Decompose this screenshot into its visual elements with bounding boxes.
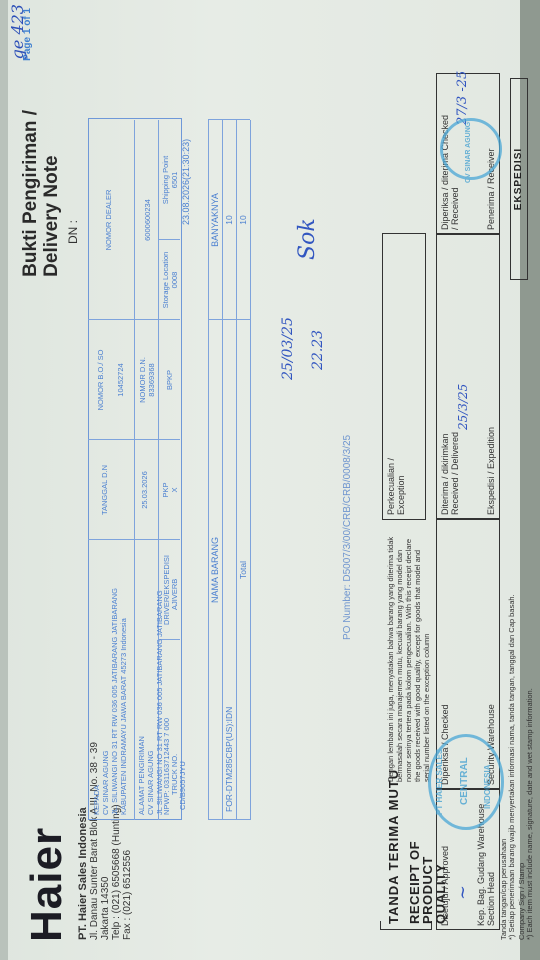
receipt-title-id: TANDA TERIMA MUTU <box>386 769 401 924</box>
bpkp-label: BPKP <box>165 330 174 430</box>
pkp-label: PKP <box>161 455 170 525</box>
receipt-statement: Dengan lembaran ini juga, menyatakan bah… <box>386 532 431 782</box>
company-phone: Telp : (021) 6505668 (Hunting) <box>111 804 122 940</box>
receiver-date: 27/3 -25 <box>455 71 470 125</box>
company-name: PT. Haier Sales Indonesia <box>77 807 89 940</box>
nomor-dn-value: 83369368 <box>147 330 156 430</box>
tanggal-value: 25.03.2026 <box>140 455 149 525</box>
items-header-qty: BANYAKNYA <box>211 120 220 320</box>
print-date: 23.08.2026(21:30:23) <box>182 139 191 225</box>
nomor-so-label: NOMOR B.O./ SO <box>96 330 105 430</box>
nomor-dealer-value: 6000600234 <box>143 130 152 310</box>
pkp-value: X <box>170 455 179 525</box>
storage-value: 0008 <box>170 245 179 315</box>
delivered-date: 25/3/25 <box>456 384 470 430</box>
handwritten-signature: Sok <box>295 218 320 260</box>
company-city: Jakarta 14350 <box>100 877 111 940</box>
approved-signature: ~ <box>452 885 473 900</box>
po-number: PO Number: D5007/3/00/CRB/CRB/0008/3/25 <box>342 435 353 640</box>
title-line-2: Delivery Note <box>41 110 62 277</box>
shipping-value: 6501 <box>170 125 179 235</box>
dn-label: DN : <box>66 220 80 244</box>
nomor-dealer-label: NOMOR DEALER <box>104 130 113 310</box>
delivered-role: Ekspedisi / Expedition <box>486 427 496 515</box>
footnote-2: *) Setiap penerimaan barang wajib menyer… <box>508 594 517 940</box>
approved-label: Disetujui / Approved <box>440 846 450 926</box>
item-name: FOR-DTM285CBP(US):IDN <box>225 707 234 812</box>
alamat-block: ALAMAT PENGIRIMAN CV SINAR AGUNG JL SILI… <box>137 590 164 815</box>
copy-label: EKSPEDISI <box>510 78 528 280</box>
delivery-note-document: Haier PT. Haier Sales Indonesia Jl. Dana… <box>0 0 540 960</box>
exception-label: Perkecualian / Exception <box>386 425 406 515</box>
warehouse-stamp: PT HAIER SALES CENTRAL INDONESIA <box>428 734 504 830</box>
nomor-so-value: 10452724 <box>116 330 125 430</box>
driver-value: AJIVERB <box>170 579 179 610</box>
tanggal-label: TANGGAL D.N <box>100 455 109 525</box>
company-fax: Fax : (021) 6512556 <box>122 850 133 940</box>
title-line-1: Bukti Pengiriman / <box>20 110 41 277</box>
receiver-stamp: CV SINAR AGUNG <box>440 118 502 180</box>
handwritten-date: 25/03/25 <box>280 317 296 380</box>
item-qty: 10 <box>225 120 234 320</box>
footnote-4: *) Each item must include name, signatur… <box>526 688 535 940</box>
kepada-block: KEPADA CV SINAR AGUNG JL. SILIWANGI NO 3… <box>92 588 128 815</box>
total-label: Total <box>239 320 248 820</box>
items-header-name: NAMA BARANG <box>211 320 220 820</box>
total-qty: 10 <box>239 120 248 320</box>
truck-value: CD/B9057JYU <box>178 761 187 810</box>
document-title: Bukti Pengiriman / Delivery Note <box>20 110 62 277</box>
nomor-dn-label: NOMOR D.N. <box>138 330 147 430</box>
handwritten-reference: ge 423 <box>8 4 27 59</box>
shipping-label: Shipping Point <box>161 125 170 235</box>
haier-logo: Haier <box>22 827 72 942</box>
paper-edge <box>0 0 8 960</box>
storage-label: Storage Location <box>161 245 170 315</box>
handwritten-time: 22.23 <box>310 330 326 370</box>
